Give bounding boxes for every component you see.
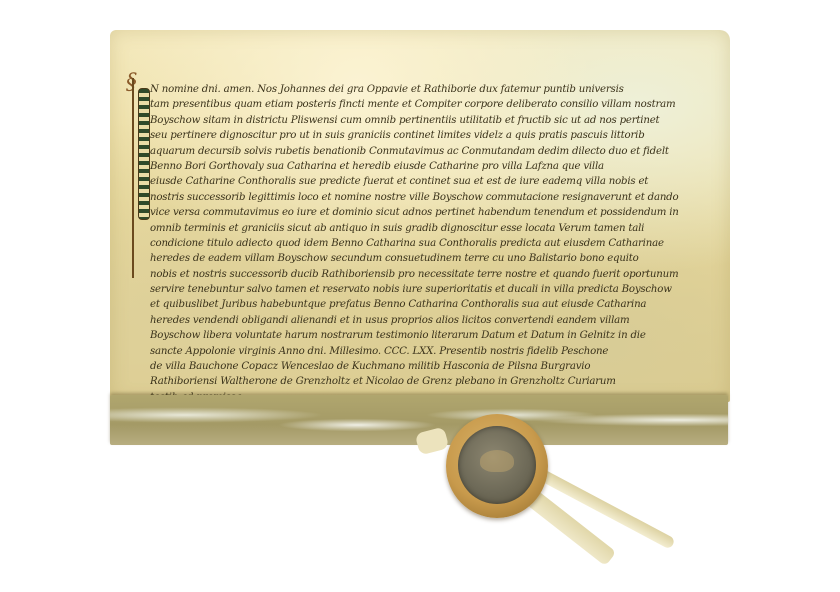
text-line: nobis et nostris successorib ducib Rathi… (150, 267, 705, 282)
text-line: heredes vendendi obligandi alienandi et … (150, 313, 705, 328)
text-line: eiusde Catharine Conthoralis sue predict… (150, 174, 705, 189)
charter-text: N nomine dni. amen. Nos Johannes dei gra… (150, 82, 705, 405)
parchment-sheet: § N nomine dni. amen. Nos Johannes dei g… (110, 30, 730, 402)
text-line: condicione titulo adiecto quod idem Benn… (150, 236, 705, 251)
text-line: N nomine dni. amen. Nos Johannes dei gra… (150, 82, 705, 97)
illuminated-initial-i (132, 78, 152, 278)
text-line: omnib terminis et graniciis sicut ab ant… (150, 221, 705, 236)
wax-seal (446, 414, 548, 518)
text-line: seu pertinere dignoscitur pro ut in suis… (150, 128, 705, 143)
text-line: tam presentibus quam etiam posteris finc… (150, 97, 705, 112)
seal-face (458, 426, 536, 504)
text-line: aquarum decursib solvis rubetis benation… (150, 144, 705, 159)
text-line: nostris successorib legittimis loco et n… (150, 190, 705, 205)
text-line: vice versa commutavimus eo iure et domin… (150, 205, 705, 220)
text-line: Boyschow libera voluntate harum nostraru… (150, 328, 705, 343)
text-line: Benno Bori Gorthovaly sua Catharina et h… (150, 159, 705, 174)
seal-emblem-icon (480, 450, 514, 472)
initial-decoration (138, 88, 150, 220)
text-line: de villa Bauchone Copacz Wenceslao de Ku… (150, 359, 705, 374)
text-line: et quibuslibet Juribus habebuntque prefa… (150, 297, 705, 312)
text-line: Boyschow sitam in districtu Pliswensi cu… (150, 113, 705, 128)
text-line: servire tenebuntur salvo tamen et reserv… (150, 282, 705, 297)
text-line: sancte Appolonie virginis Anno dni. Mill… (150, 344, 705, 359)
text-line: Rathiboriensi Waltherone de Grenzholtz e… (150, 374, 705, 389)
text-line: heredes de eadem villam Boyschow secundu… (150, 251, 705, 266)
charter-document: § N nomine dni. amen. Nos Johannes dei g… (110, 30, 730, 445)
